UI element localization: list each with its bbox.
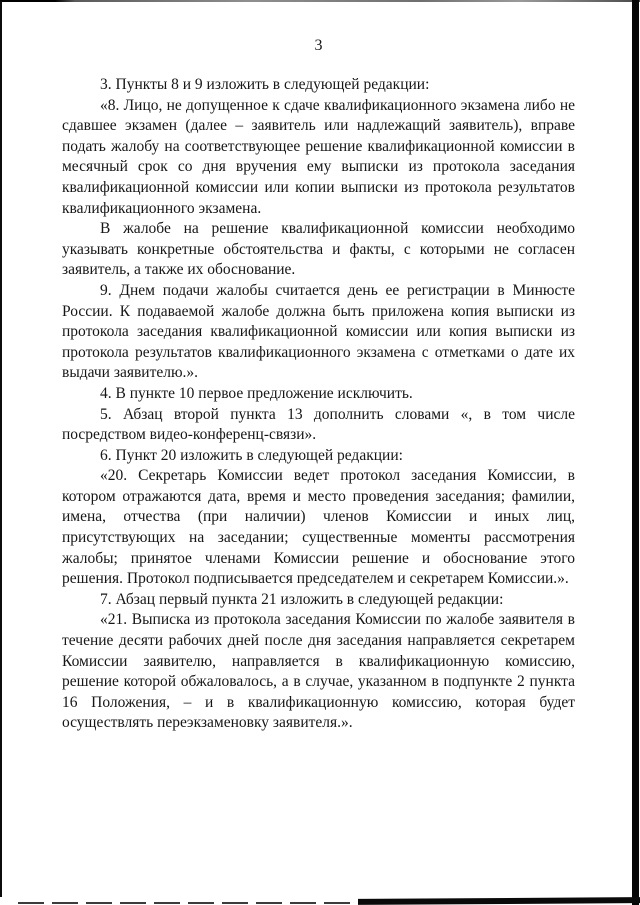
scan-artifact-left-edge	[0, 1, 2, 897]
scan-artifact-bottom-left-edge	[18, 902, 363, 904]
paragraph-amendment-6: 6. Пункт 20 изложить в следующей редакци…	[62, 446, 575, 467]
paragraph-amendment-5: 5. Абзац второй пункта 13 дополнить слов…	[62, 405, 575, 446]
paragraph-clause-8: «8. Лицо, не допущенное к сдаче квалифик…	[62, 96, 575, 220]
paragraph-clause-21: «21. Выписка из протокола заседания Коми…	[62, 610, 575, 734]
scan-artifact-bottom-right-edge	[358, 897, 640, 905]
page-content: 3 3. Пункты 8 и 9 изложить в следующей р…	[62, 36, 575, 734]
paragraph-amendment-4: 4. В пункте 10 первое предложение исключ…	[62, 384, 575, 405]
paragraph-clause-20: «20. Секретарь Комиссии ведет протокол з…	[62, 466, 575, 590]
paragraph-clause-9: 9. Днем подачи жалобы считается день ее …	[62, 281, 575, 384]
page-number: 3	[62, 36, 575, 56]
scan-artifact-right-edge	[632, 0, 639, 905]
scan-artifact-top-edge	[0, 0, 640, 2]
paragraph-amendment-3: 3. Пункты 8 и 9 изложить в следующей ред…	[62, 75, 575, 96]
paragraph-clause-8-continued: В жалобе на решение квалификационной ком…	[62, 219, 575, 281]
paragraph-amendment-7: 7. Абзац первый пункта 21 изложить в сле…	[62, 590, 575, 611]
scanned-document-page: 3 3. Пункты 8 и 9 изложить в следующей р…	[0, 0, 640, 905]
